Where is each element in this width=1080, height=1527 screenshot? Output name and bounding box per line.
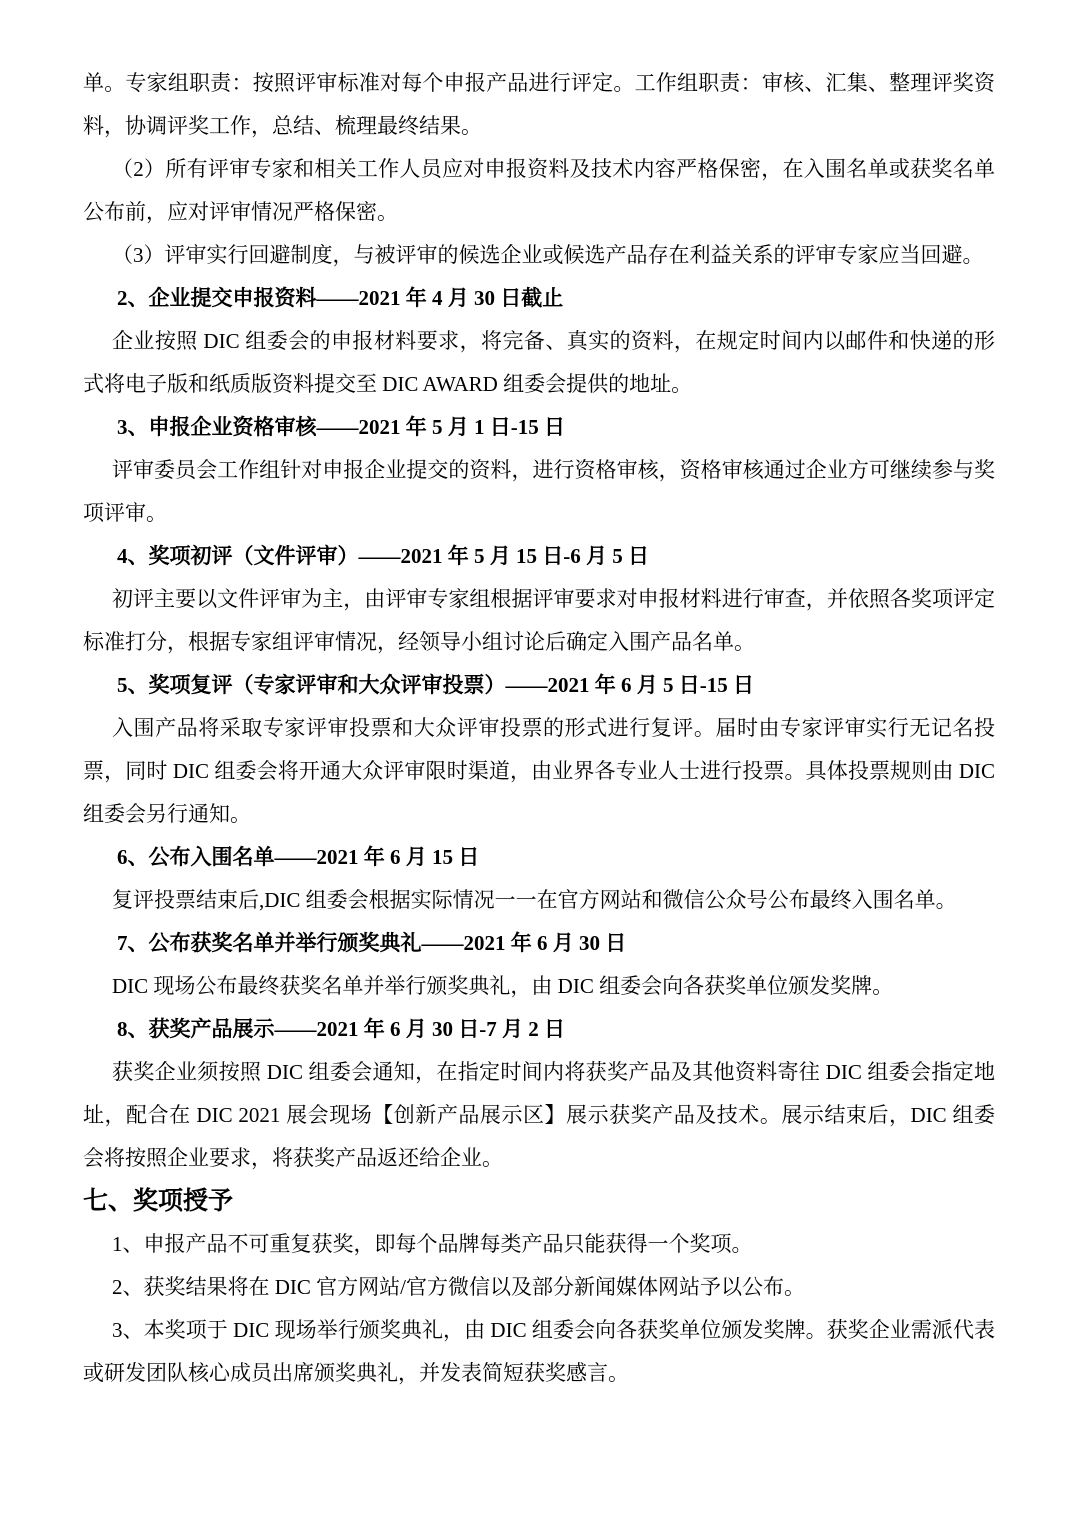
paragraph: DIC 现场公布最终获奖名单并举行颁奖典礼，由 DIC 组委会向各获奖单位颁发奖… xyxy=(83,965,995,1008)
timeline-heading: 5、奖项复评（专家评审和大众评审投票）——2021 年 6 月 5 日-15 日 xyxy=(83,664,995,707)
timeline-heading: 3、申报企业资格审核——2021 年 5 月 1 日-15 日 xyxy=(83,406,995,449)
document-body: 单。专家组职责：按照评审标准对每个申报产品进行评定。工作组职责：审核、汇集、整理… xyxy=(83,62,995,1395)
paragraph: 单。专家组职责：按照评审标准对每个申报产品进行评定。工作组职责：审核、汇集、整理… xyxy=(83,62,995,148)
paragraph: 2、获奖结果将在 DIC 官方网站/官方微信以及部分新闻媒体网站予以公布。 xyxy=(83,1266,995,1309)
timeline-heading: 2、企业提交申报资料——2021 年 4 月 30 日截止 xyxy=(83,277,995,320)
paragraph: 3、本奖项于 DIC 现场举行颁奖典礼，由 DIC 组委会向各获奖单位颁发奖牌。… xyxy=(83,1309,995,1395)
document-page: 单。专家组职责：按照评审标准对每个申报产品进行评定。工作组职责：审核、汇集、整理… xyxy=(0,0,1080,1527)
paragraph: 1、申报产品不可重复获奖，即每个品牌每类产品只能获得一个奖项。 xyxy=(83,1223,995,1266)
paragraph: 企业按照 DIC 组委会的申报材料要求，将完备、真实的资料，在规定时间内以邮件和… xyxy=(83,320,995,406)
timeline-heading: 7、公布获奖名单并举行颁奖典礼——2021 年 6 月 30 日 xyxy=(83,922,995,965)
paragraph: 获奖企业须按照 DIC 组委会通知，在指定时间内将获奖产品及其他资料寄往 DIC… xyxy=(83,1051,995,1180)
paragraph: 复评投票结束后,DIC 组委会根据实际情况一一在官方网站和微信公众号公布最终入围… xyxy=(83,879,995,922)
section-heading: 七、奖项授予 xyxy=(83,1180,995,1223)
paragraph: 评审委员会工作组针对申报企业提交的资料，进行资格审核，资格审核通过企业方可继续参… xyxy=(83,449,995,535)
paragraph: 入围产品将采取专家评审投票和大众评审投票的形式进行复评。届时由专家评审实行无记名… xyxy=(83,707,995,836)
paragraph: 初评主要以文件评审为主，由评审专家组根据评审要求对申报材料进行审查，并依照各奖项… xyxy=(83,578,995,664)
paragraph: （2）所有评审专家和相关工作人员应对申报资料及技术内容严格保密，在入围名单或获奖… xyxy=(83,148,995,234)
timeline-heading: 4、奖项初评（文件评审）——2021 年 5 月 15 日-6 月 5 日 xyxy=(83,535,995,578)
timeline-heading: 8、获奖产品展示——2021 年 6 月 30 日-7 月 2 日 xyxy=(83,1008,995,1051)
timeline-heading: 6、公布入围名单——2021 年 6 月 15 日 xyxy=(83,836,995,879)
paragraph: （3）评审实行回避制度，与被评审的候选企业或候选产品存在利益关系的评审专家应当回… xyxy=(83,234,995,277)
